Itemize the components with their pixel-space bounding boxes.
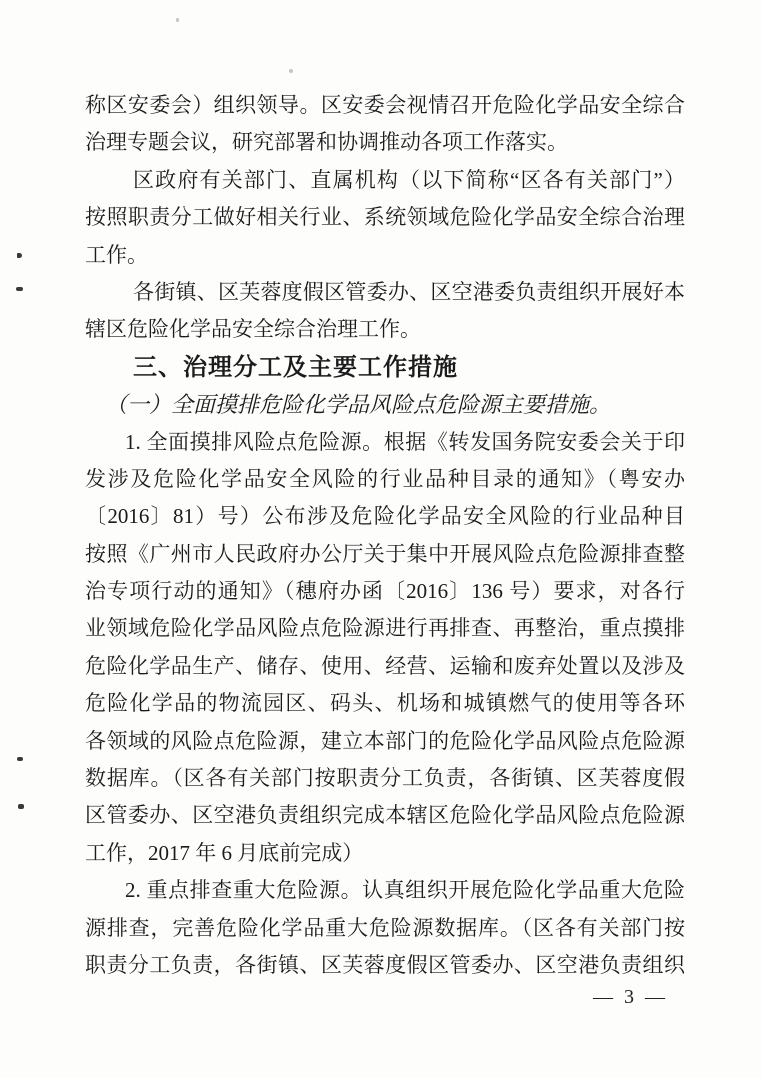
text-line: 2. 重点排查重大危险源。认真组织开展危险化学品重大危险 bbox=[85, 872, 685, 909]
scan-artifact bbox=[18, 804, 24, 809]
text-line: 源排查，完善危险化学品重大危险源数据库。（区各有关部门按 bbox=[85, 910, 685, 947]
document-body: 称区安委会）组织领导。区安委会视情召开危险化学品安全综合 治理专题会议，研究部署… bbox=[85, 87, 685, 984]
scan-artifact bbox=[16, 287, 23, 291]
text-line: 各领域的风险点危险源，建立本部门的危险化学品风险点危险源 bbox=[85, 723, 685, 760]
text-line: 职责分工负责，各街镇、区芙蓉度假区管委办、区空港负责组织 bbox=[85, 947, 685, 984]
text-line: 称区安委会）组织领导。区安委会视情召开危险化学品安全综合 bbox=[85, 87, 685, 124]
text-line: 〔2016〕81）号）公布涉及危险化学品安全风险的行业品种目录， bbox=[85, 498, 685, 535]
text-line: 按照职责分工做好相关行业、系统领域危险化学品安全综合治理 bbox=[85, 199, 685, 236]
text-line: 业领域危险化学品风险点危险源进行再排查、再整治，重点摸排 bbox=[85, 610, 685, 647]
text-line: 各街镇、区芙蓉度假区管委办、区空港委负责组织开展好本 bbox=[85, 274, 685, 311]
text-line: 辖区危险化学品安全综合治理工作。 bbox=[85, 311, 685, 348]
text-line: 危险化学品生产、储存、使用、经营、运输和废弃处置以及涉及 bbox=[85, 648, 685, 685]
scan-artifact bbox=[17, 757, 23, 761]
section-heading: 三、治理分工及主要工作措施 bbox=[85, 349, 685, 386]
document-page: 称区安委会）组织领导。区安委会视情召开危险化学品安全综合 治理专题会议，研究部署… bbox=[0, 0, 762, 1078]
text-line: 数据库。（区各有关部门按职责分工负责，各街镇、区芙蓉度假 bbox=[85, 760, 685, 797]
page-number: — 3 — bbox=[593, 986, 668, 1009]
text-line: 1. 全面摸排风险点危险源。根据《转发国务院安委会关于印 bbox=[85, 424, 685, 461]
scan-artifact bbox=[176, 18, 179, 22]
scan-artifact bbox=[17, 253, 22, 258]
text-line: 发涉及危险化学品安全风险的行业品种目录的通知》（粤安办 bbox=[85, 461, 685, 498]
text-line: 按照《广州市人民政府办公厅关于集中开展风险点危险源排查整 bbox=[85, 536, 685, 573]
text-line: 区管委办、区空港负责组织完成本辖区危险化学品风险点危险源 bbox=[85, 797, 685, 834]
text-line: 工作。 bbox=[85, 237, 685, 274]
text-line: 治理专题会议，研究部署和协调推动各项工作落实。 bbox=[85, 124, 685, 161]
text-line: 工作，2017 年 6 月底前完成） bbox=[85, 835, 685, 872]
text-line: 区政府有关部门、直属机构（以下简称“区各有关部门”） bbox=[85, 162, 685, 199]
text-line: 治专项行动的通知》（穗府办函〔2016〕136 号）要求，对各行 bbox=[85, 573, 685, 610]
scan-artifact bbox=[289, 69, 293, 73]
text-line: 危险化学品的物流园区、码头、机场和城镇燃气的使用等各环节、 bbox=[85, 685, 685, 722]
subsection-heading: （一）全面摸排危险化学品风险点危险源主要措施。 bbox=[85, 386, 685, 423]
